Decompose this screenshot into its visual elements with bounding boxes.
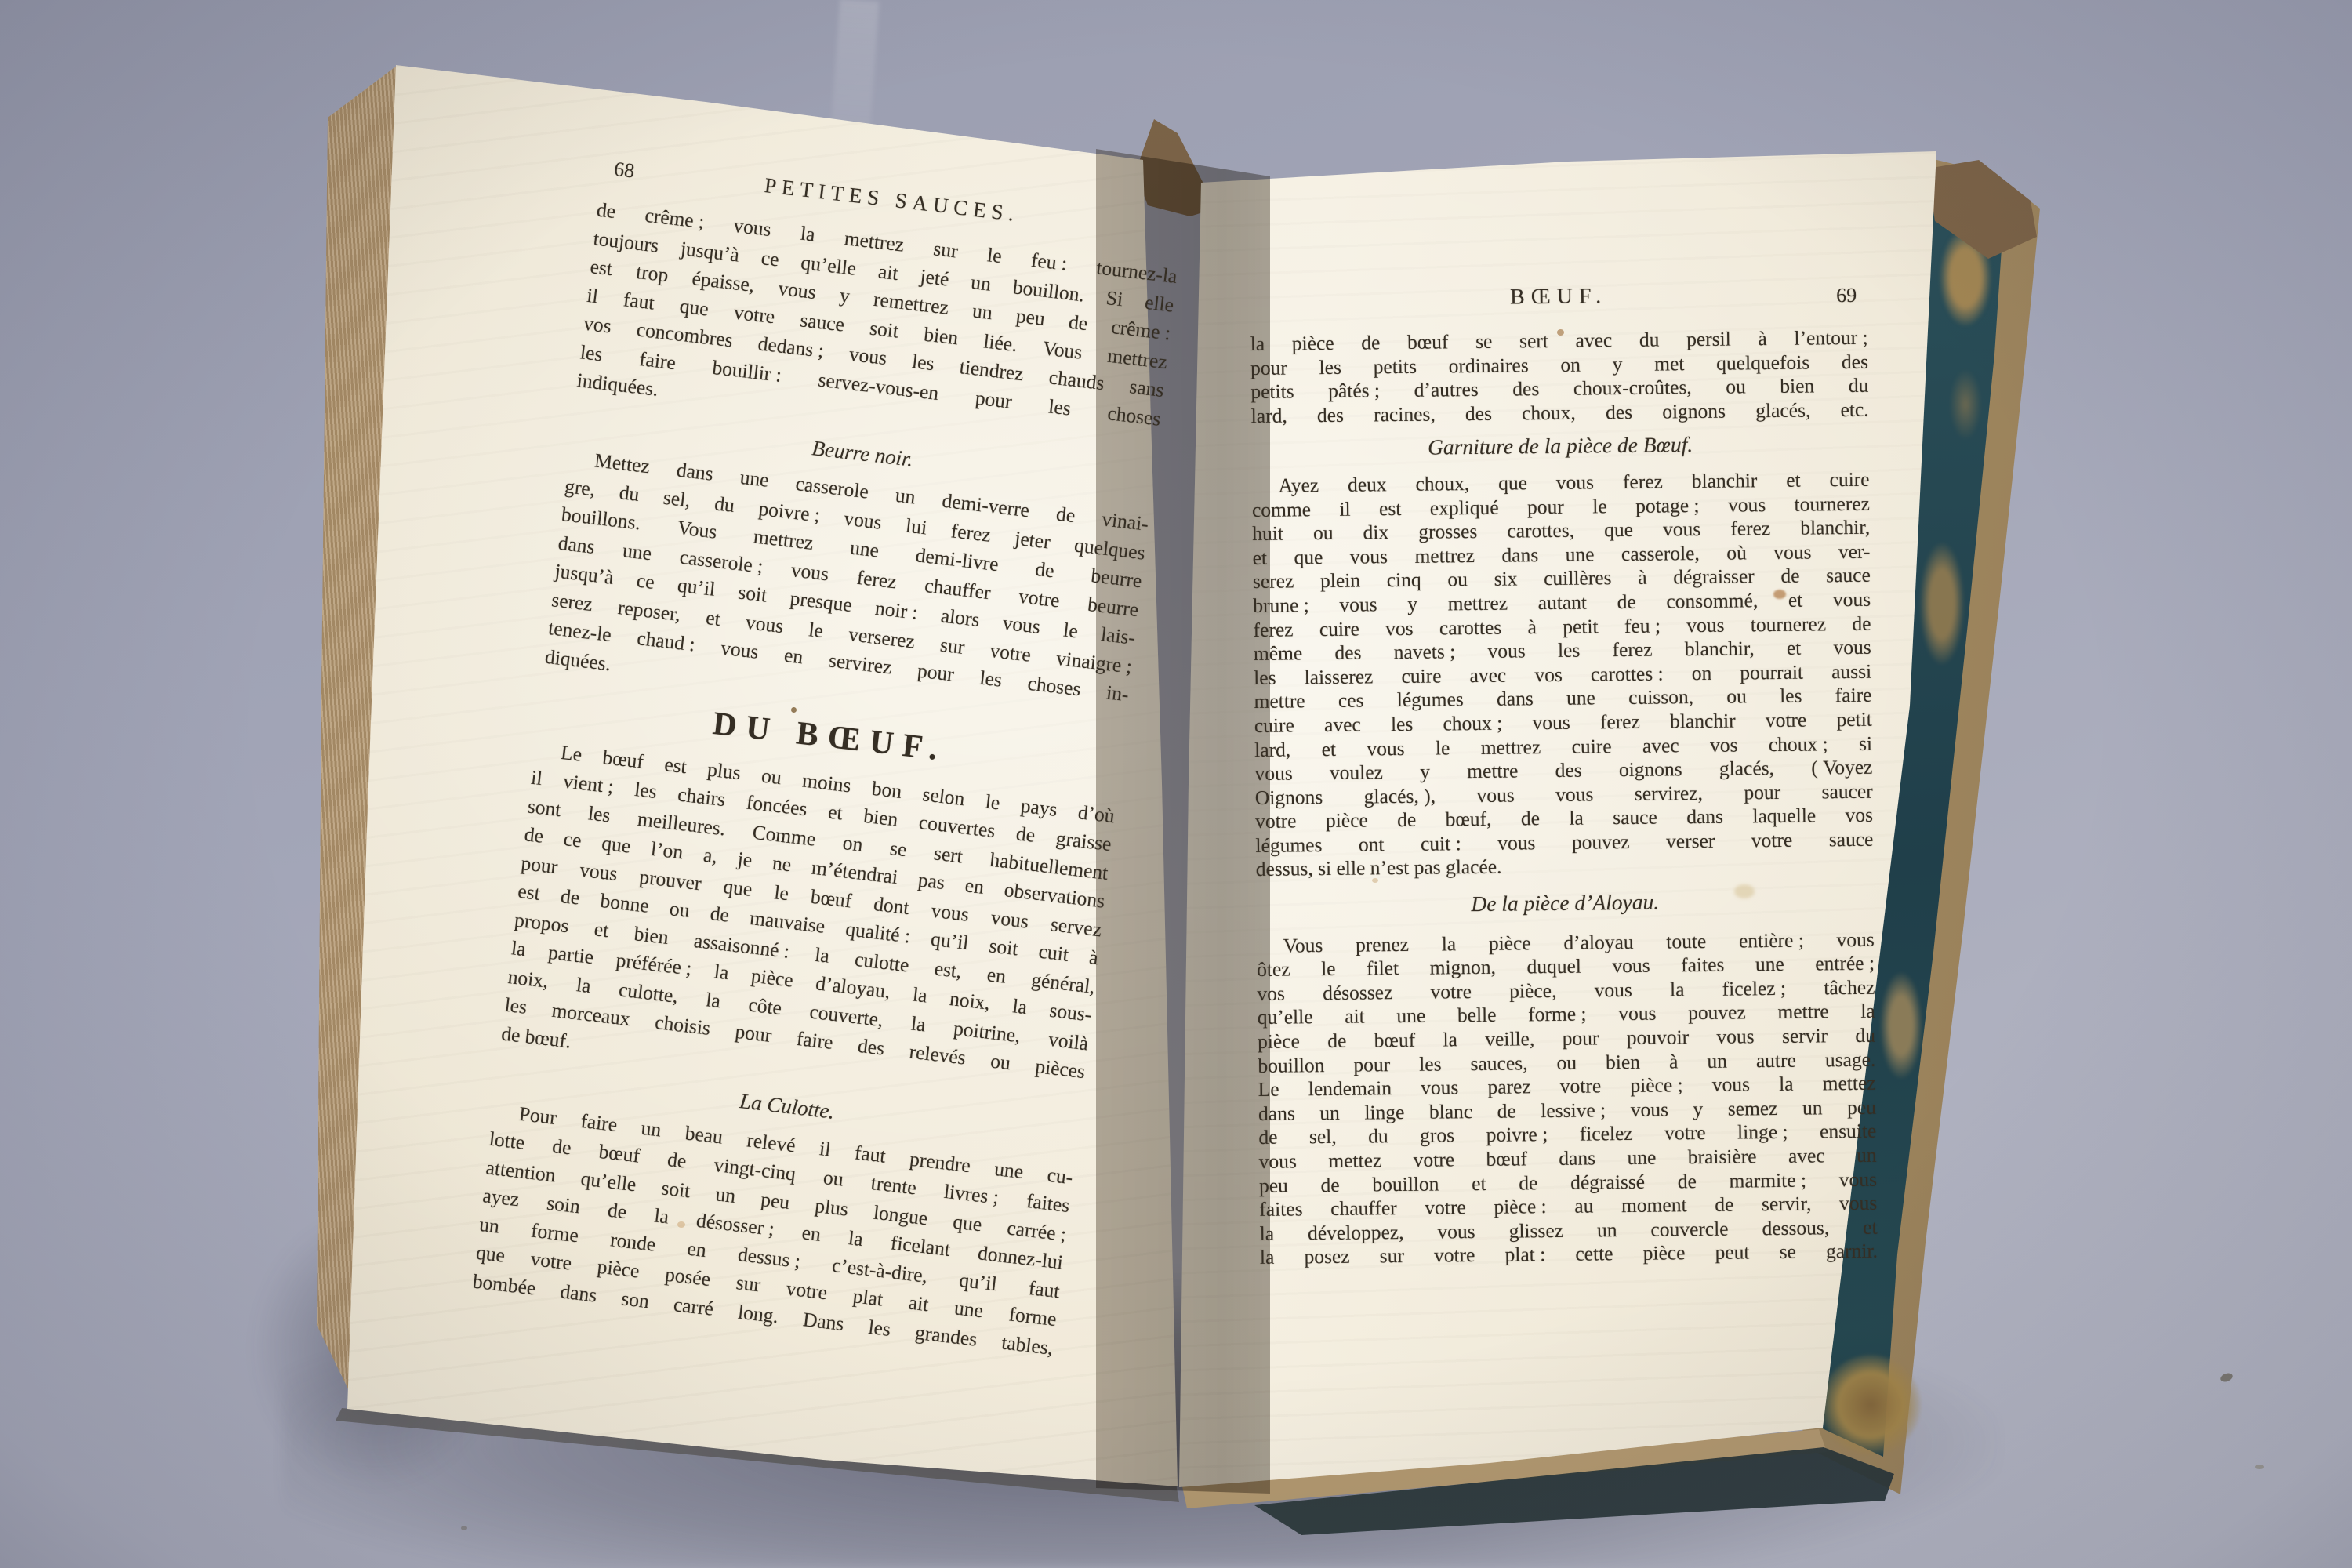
foxing-spot (1557, 329, 1564, 336)
paragraph-aloyau: Vousprenezlapièced’aloyautouteentière ;v… (1257, 927, 1878, 1270)
paragraph-continued: lapiècedebœufsesertavecdupersilàl’entour… (1250, 326, 1869, 429)
page-number-right: 69 (1836, 284, 1857, 308)
running-title-right: BŒUF. (1250, 282, 1867, 313)
dust-speck (2255, 1465, 2264, 1469)
dust-speck (461, 1526, 467, 1530)
paragraph-garniture: Ayezdeuxchoux,quevousferezblanchiretcuir… (1252, 468, 1874, 882)
dust-speck (2220, 1372, 2234, 1384)
foxing-spot (791, 707, 797, 713)
foxing-spot (1773, 590, 1786, 599)
heading-aloyau: De la pièce d’Aloyau. (1256, 888, 1874, 919)
foxing-spot (1372, 878, 1378, 883)
cover-worn-patch (1880, 972, 1922, 1079)
right-page-text: BŒUF. 69 lapiècedebœufsesertavecdupersil… (1250, 281, 1878, 1270)
book-photo: 68 PETITES SAUCES. decrême ;vouslamettre… (0, 0, 2352, 1568)
cover-worn-patch (1919, 541, 1965, 666)
foxing-spot (677, 1221, 685, 1228)
cover-worn-corner (1820, 1355, 1921, 1455)
foxing-spot (1734, 884, 1755, 898)
right-page-header: BŒUF. 69 (1250, 281, 1867, 318)
cover-worn-patch (1949, 368, 1982, 441)
paragraph-du-boeuf: Lebœufestplusoumoinsbonselonlepaysd’oùil… (500, 735, 1116, 1115)
heading-garniture: Garniture de la pièce de Bœuf. (1251, 431, 1869, 462)
